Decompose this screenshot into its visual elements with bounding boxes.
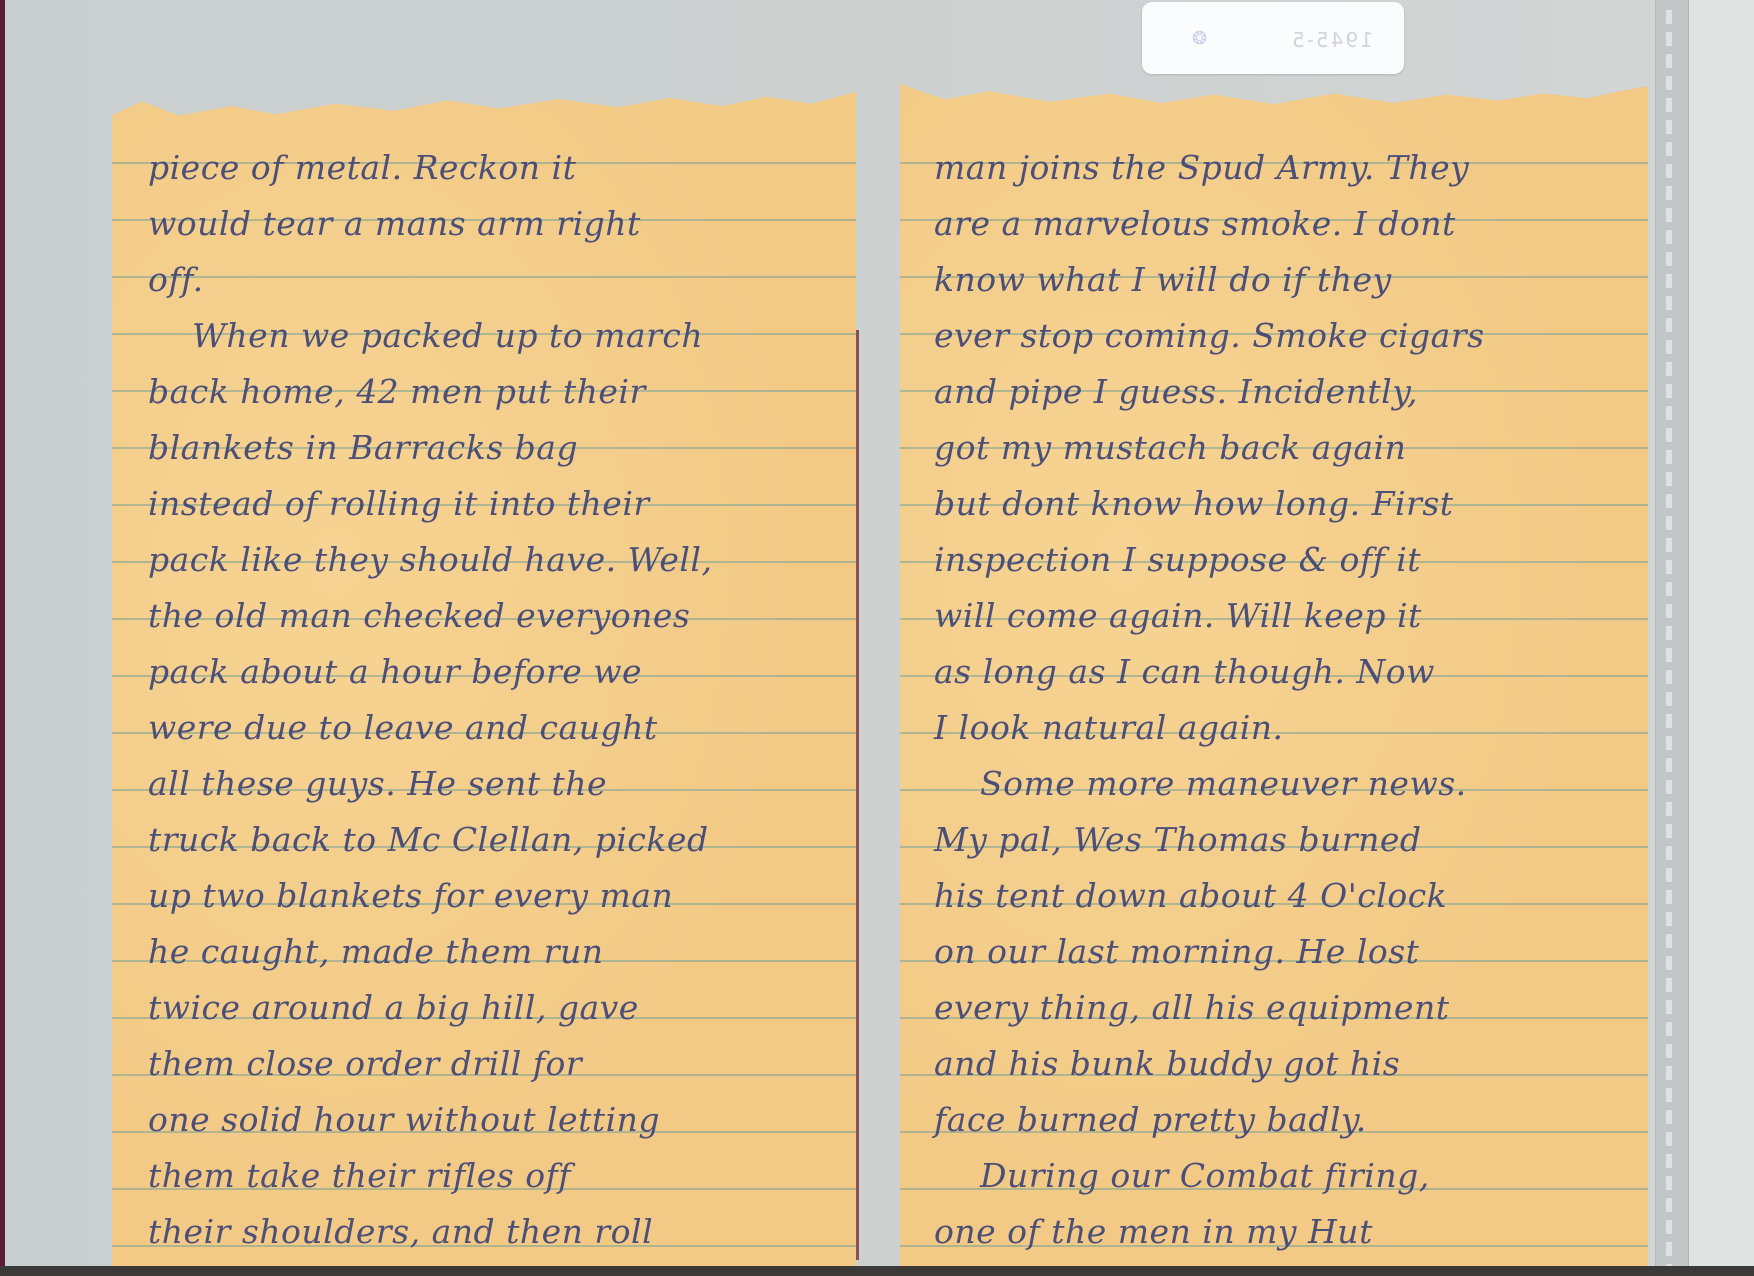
handwritten-line: piece of metal. Reckon it: [112, 140, 856, 196]
handwritten-line: ever stop coming. Smoke cigars: [900, 308, 1648, 364]
handwritten-line: My pal, Wes Thomas burned: [900, 812, 1648, 868]
archive-label-tab: ❂ 1945-5: [1142, 2, 1404, 74]
sleeve-perforation: [1666, 10, 1672, 1270]
label-catalog-number: 1945-5: [1290, 28, 1373, 52]
handwritten-line: the old man checked everyones: [112, 588, 856, 644]
handwritten-line: their shoulders, and then roll: [112, 1204, 856, 1260]
handwritten-line: know what I will do if they: [900, 252, 1648, 308]
handwritten-line: instead of rolling it into their: [112, 476, 856, 532]
handwritten-line: twice around a big hill, gave: [112, 980, 856, 1036]
handwritten-line: and pipe I guess. Incidently,: [900, 364, 1648, 420]
handwritten-line: When we packed up to march: [112, 308, 856, 364]
scan-left-edge: [0, 0, 5, 1276]
handwritten-line: will come again. Will keep it: [900, 588, 1648, 644]
scan-right-margin: [1688, 0, 1754, 1276]
handwritten-line: Some more maneuver news.: [900, 756, 1648, 812]
handwritten-line: got my mustach back again: [900, 420, 1648, 476]
handwritten-line: but dont know how long. First: [900, 476, 1648, 532]
handwritten-line: all these guys. He sent the: [112, 756, 856, 812]
handwritten-line: pack about a hour before we: [112, 644, 856, 700]
handwritten-line: inspection I suppose & off it: [900, 532, 1648, 588]
handwritten-line: blankets in Barracks bag: [112, 420, 856, 476]
letter-page-right: man joins the Spud Army. They are a marv…: [900, 84, 1648, 1268]
handwritten-line: every thing, all his equipment: [900, 980, 1648, 1036]
handwritten-line: I look natural again.: [900, 700, 1648, 756]
handwritten-line: pack like they should have. Well,: [112, 532, 856, 588]
handwritten-line: During our Combat firing,: [900, 1148, 1648, 1204]
handwritten-line: and his bunk buddy got his: [900, 1036, 1648, 1092]
handwritten-line: them close order drill for: [112, 1036, 856, 1092]
handwritten-line: off.: [112, 252, 856, 308]
handwritten-line: back home, 42 men put their: [112, 364, 856, 420]
handwritten-lines-right: man joins the Spud Army. They are a marv…: [900, 140, 1648, 1260]
handwritten-line: on our last morning. He lost: [900, 924, 1648, 980]
archival-sleeve-edge: [1655, 0, 1689, 1276]
scan-bottom-edge: [0, 1266, 1754, 1276]
handwritten-line: as long as I can though. Now: [900, 644, 1648, 700]
handwritten-line: man joins the Spud Army. They: [900, 140, 1648, 196]
handwritten-line: were due to leave and caught: [112, 700, 856, 756]
page-edge-shadow: [856, 330, 859, 1260]
handwritten-line: one solid hour without letting: [112, 1092, 856, 1148]
handwritten-line: one of the men in my Hut: [900, 1204, 1648, 1260]
handwritten-line: he caught, made them run: [112, 924, 856, 980]
handwritten-line: up two blankets for every man: [112, 868, 856, 924]
letter-page-left: piece of metal. Reckon it would tear a m…: [112, 92, 856, 1268]
handwritten-line: would tear a mans arm right: [112, 196, 856, 252]
handwritten-line: them take their rifles off: [112, 1148, 856, 1204]
handwritten-lines-left: piece of metal. Reckon it would tear a m…: [112, 140, 856, 1260]
handwritten-line: his tent down about 4 O'clock: [900, 868, 1648, 924]
handwritten-line: are a marvelous smoke. I dont: [900, 196, 1648, 252]
label-stamp-icon: ❂: [1192, 28, 1207, 49]
handwritten-line: face burned pretty badly.: [900, 1092, 1648, 1148]
handwritten-line: truck back to Mc Clellan, picked: [112, 812, 856, 868]
